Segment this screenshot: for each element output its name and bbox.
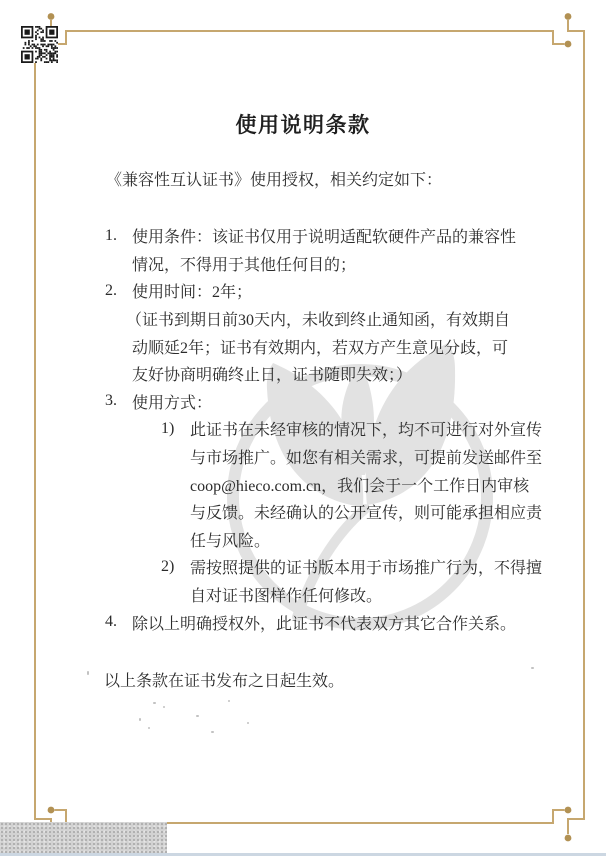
term-line: （证书到期日前30天内，未收到终止通知函，有效期自: [102, 305, 546, 333]
scan-speck: [211, 731, 214, 733]
term-text: 需按照提供的证书版本用于市场推广行为，不得擅: [190, 555, 542, 578]
scan-speck: [163, 706, 165, 708]
term-text: 使用方式：: [132, 390, 212, 413]
term-line: coop@hieco.com.cn，我们会于一个工作日内审核: [102, 470, 546, 498]
term-text: 任与风险。: [190, 528, 270, 551]
term-text: 此证书在未经审核的情况下，均不可进行对外宣传: [190, 417, 542, 440]
term-marker: 2.: [102, 282, 132, 300]
intro-paragraph: 《兼容性互认证书》使用授权，相关约定如下：: [106, 167, 442, 194]
term-text: 使用时间：2年；: [132, 279, 252, 302]
qr-code-icon: [21, 26, 58, 63]
term-line: 4.除以上明确授权外，此证书不代表双方其它合作关系。: [102, 608, 546, 636]
term-text: 除以上明确授权外，此证书不代表双方其它合作关系。: [132, 611, 516, 634]
term-text: 动顺延2年；证书有效期内，若双方产生意见分歧，可: [132, 335, 508, 358]
effective-note: 以上条款在证书发布之日起生效。: [104, 668, 344, 695]
term-line: 与市场推广。如您有相关需求，可提前发送邮件至: [102, 443, 546, 471]
term-marker: 4.: [102, 613, 132, 631]
term-text: 与反馈。未经确认的公开宣传，则可能承担相应责: [190, 500, 542, 523]
scan-speck: [153, 702, 156, 704]
term-line: 3.使用方式：: [102, 388, 546, 416]
term-text: 自对证书图样作任何修改。: [190, 583, 382, 606]
term-line: 与反馈。未经确认的公开宣传，则可能承担相应责: [102, 498, 546, 526]
term-line: 自对证书图样作任何修改。: [102, 581, 546, 609]
certificate-terms-page: 使用说明条款 《兼容性互认证书》使用授权，相关约定如下： 1.使用条件：该证书仅…: [0, 0, 606, 859]
term-line: 2)需按照提供的证书版本用于市场推广行为，不得擅: [102, 553, 546, 581]
term-line: 动顺延2年；证书有效期内，若双方产生意见分歧，可: [102, 332, 546, 360]
term-line: 友好协商明确终止日，证书随即失效；）: [102, 360, 546, 388]
scan-speck: [139, 718, 141, 721]
scan-speck: [228, 700, 230, 702]
term-marker: 1.: [102, 227, 132, 245]
term-line: 情况，不得用于其他任何目的；: [102, 250, 546, 278]
page-title: 使用说明条款: [0, 111, 606, 139]
term-line: 1)此证书在未经审核的情况下，均不可进行对外宣传: [102, 415, 546, 443]
term-marker: 1): [161, 420, 190, 438]
term-text: 使用条件：该证书仅用于说明适配软硬件产品的兼容性: [132, 224, 516, 247]
page-bottom-edge: [0, 853, 606, 856]
scan-speck: [87, 671, 89, 675]
term-marker: 3.: [102, 392, 132, 410]
term-text: 友好协商明确终止日，证书随即失效；）: [132, 362, 412, 385]
term-text: 情况，不得用于其他任何目的；: [132, 252, 356, 275]
scan-speck: [196, 715, 199, 717]
term-line: 任与风险。: [102, 526, 546, 554]
term-line: 1.使用条件：该证书仅用于说明适配软硬件产品的兼容性: [102, 222, 546, 250]
term-text: coop@hieco.com.cn，我们会于一个工作日内审核: [190, 473, 529, 496]
scan-speck: [531, 667, 534, 669]
term-line: 2.使用时间：2年；: [102, 277, 546, 305]
term-marker: 2): [161, 558, 190, 576]
term-text: 与市场推广。如您有相关需求，可提前发送邮件至: [190, 445, 542, 468]
term-text: （证书到期日前30天内，未收到终止通知函，有效期自: [126, 307, 510, 330]
scan-speck: [247, 722, 249, 724]
scan-speck: [148, 727, 150, 729]
terms-list: 1.使用条件：该证书仅用于说明适配软硬件产品的兼容性情况，不得用于其他任何目的；…: [102, 222, 546, 636]
scan-noise-strip: [0, 822, 167, 853]
